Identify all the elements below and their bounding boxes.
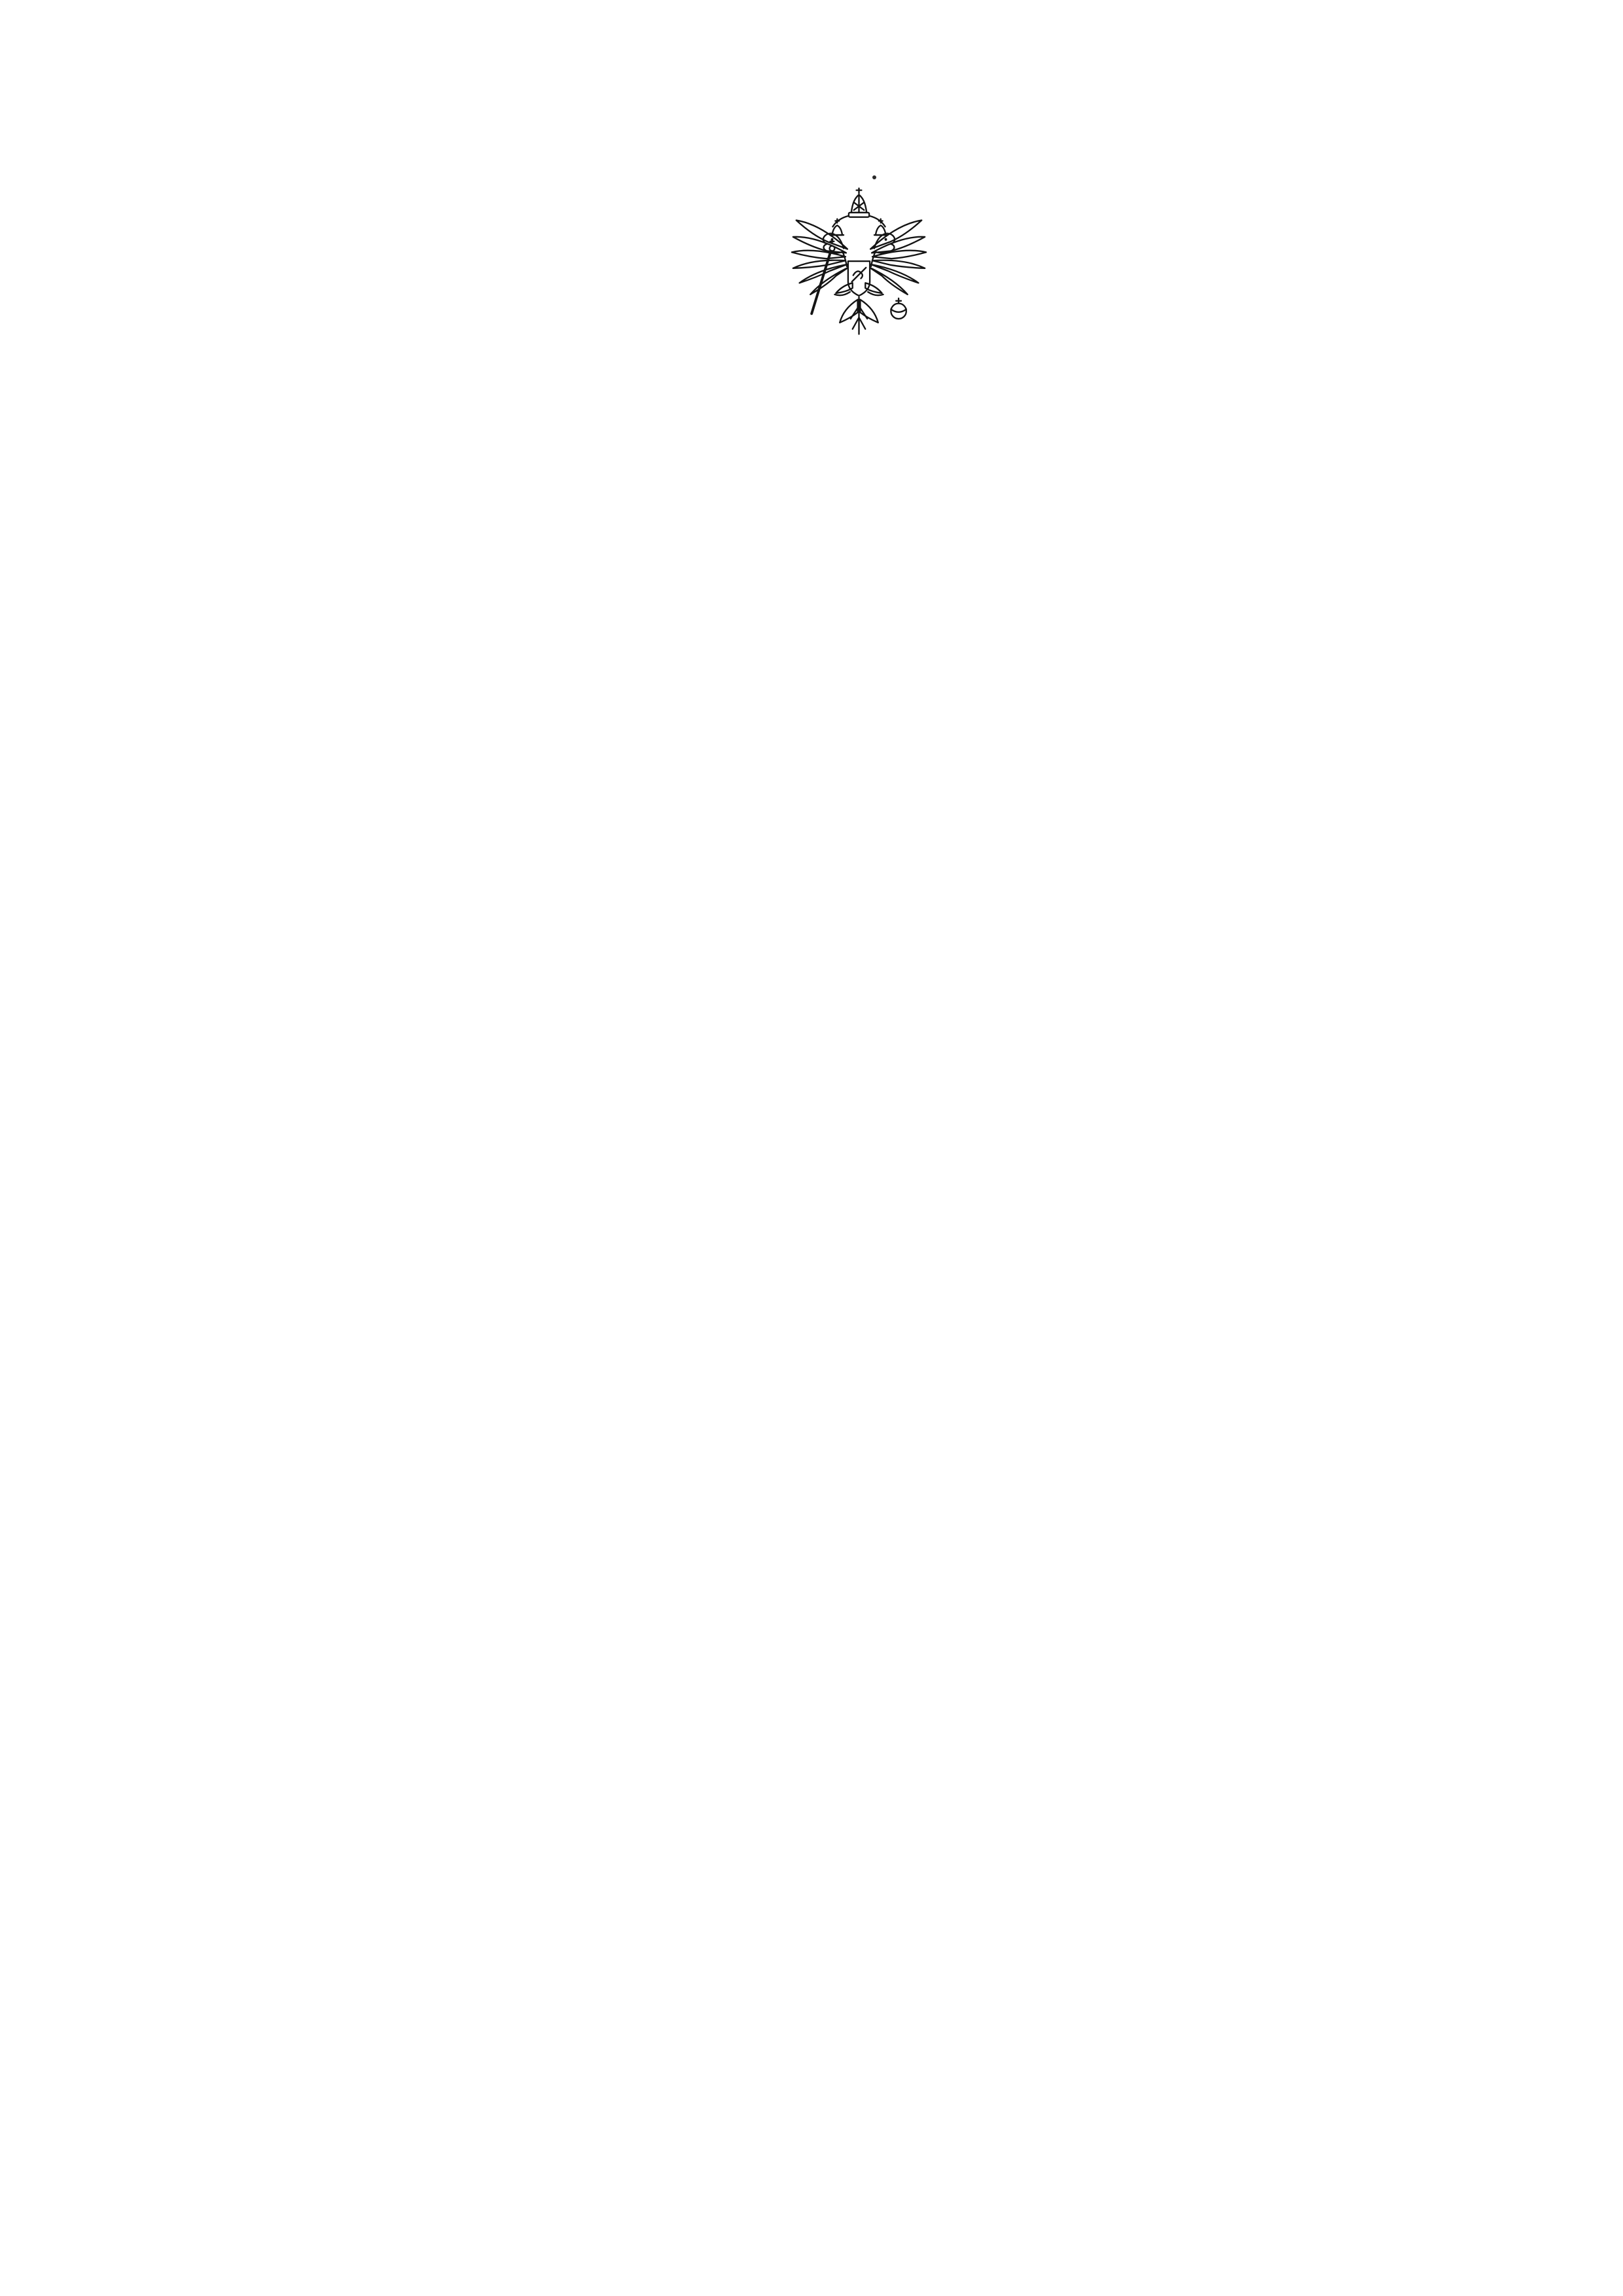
qr-code-icon (85, 152, 223, 290)
court-website-email (225, 385, 1499, 422)
document-title (225, 518, 1499, 555)
full-text-line (225, 735, 1499, 772)
ink-speck (872, 175, 876, 179)
case-number (225, 586, 1499, 623)
document-page (0, 0, 1623, 2296)
court-address (225, 422, 1499, 459)
ruling-heading (225, 1115, 1499, 1153)
russian-coat-of-arms-icon (789, 185, 929, 342)
court-name (225, 340, 1499, 382)
case-code (225, 621, 1499, 658)
resolutive-part-line (225, 698, 1499, 736)
court-phone (225, 458, 1499, 495)
